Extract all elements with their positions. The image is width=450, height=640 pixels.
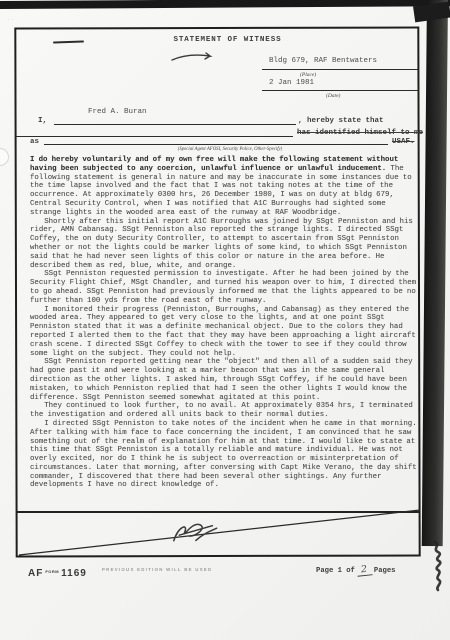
statement-paragraph: I do hereby voluntarily and of my own fr… bbox=[30, 156, 419, 218]
page-title: STATEMENT OF WITNESS bbox=[145, 36, 310, 44]
punch-hole bbox=[0, 148, 9, 166]
declaration-underline-2 bbox=[16, 136, 293, 137]
role-specify-hint: (Special Agent AFOSI, Security Police, O… bbox=[90, 147, 370, 152]
edition-note: PREVIOUS EDITION WILL BE USED bbox=[102, 567, 212, 572]
form-word: FORM bbox=[45, 569, 59, 574]
date-value: 2 Jan 1981 bbox=[269, 79, 314, 87]
statement-paragraph: SSgt Penniston requested permission to i… bbox=[30, 270, 419, 305]
place-underline bbox=[262, 69, 418, 70]
place-value: Bldg 679, RAF Bentwaters bbox=[269, 57, 377, 65]
name-underline bbox=[54, 124, 296, 125]
page-label-right: Pages bbox=[374, 567, 396, 575]
witness-name: Fred A. Buran bbox=[88, 108, 147, 116]
struck-usaf-label: USAF. bbox=[392, 138, 415, 146]
page-label-left: Page 1 of bbox=[316, 567, 355, 575]
struck-identified-phrase: has identified himself to me bbox=[297, 129, 423, 137]
declaration-i-label: I, bbox=[38, 117, 47, 125]
declaration-hereby-text: , hereby state that bbox=[298, 117, 384, 125]
scanned-document-page: .. STATEMENT OF WITNESS Bldg 679, RAF Be… bbox=[0, 0, 450, 640]
form-footer: AFFORM1169 PREVIOUS EDITION WILL BE USED… bbox=[0, 561, 450, 581]
statement-paragraph: SSgt Penniston reported getting near the… bbox=[30, 358, 419, 402]
place-label: (Place) bbox=[300, 72, 316, 78]
declaration-underline-3 bbox=[44, 144, 388, 145]
statement-paragraph: Shortly after this initial report A1C Bu… bbox=[30, 218, 419, 271]
signature-scribble bbox=[165, 516, 235, 548]
page-counter: Page 1 of2Pages bbox=[316, 564, 395, 576]
statement-body: I do hereby voluntarily and of my own fr… bbox=[30, 156, 419, 490]
form-prefix: AF bbox=[28, 568, 43, 579]
statement-paragraph: I directed SSgt Penniston to take notes … bbox=[30, 420, 419, 490]
form-preprinted-sentence: I do hereby voluntarily and of my own fr… bbox=[30, 156, 398, 173]
statement-paragraph: I monitored their progress (Penniston, B… bbox=[30, 306, 419, 359]
handwritten-page-count: 2 bbox=[356, 563, 372, 577]
form-number-block: AFFORM1169 bbox=[28, 563, 87, 581]
date-label: (Date) bbox=[326, 93, 340, 99]
scan-speckles: .. bbox=[8, 16, 38, 22]
date-underline bbox=[262, 90, 418, 91]
handwritten-check-mark bbox=[170, 50, 220, 64]
scan-edge-band-top bbox=[0, 0, 450, 9]
statement-paragraph: They continued to look further, to no av… bbox=[30, 402, 419, 420]
scan-edge-band-right bbox=[422, 0, 448, 546]
form-number: 1169 bbox=[61, 568, 87, 579]
declaration-as-label: as bbox=[30, 138, 39, 146]
